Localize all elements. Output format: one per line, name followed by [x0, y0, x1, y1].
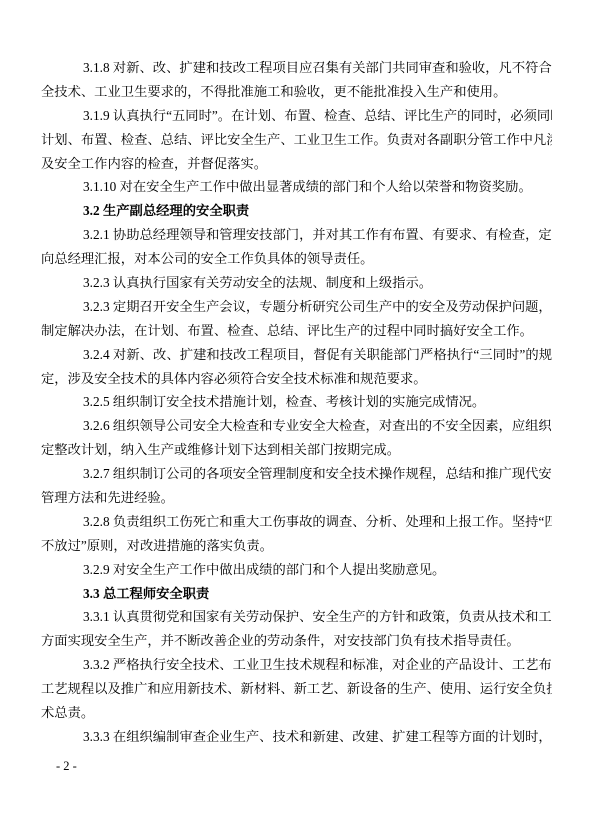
clause-3-2-7: 3.2.7 组织制订公司的各项安全管理制度和安全技术操作规程，总结和推广现代安全… [41, 462, 552, 510]
document-body: 3.1.8 对新、改、扩建和技改工程项目应召集有关部门共同审查和验收，凡不符合安… [41, 56, 552, 749]
text-line: 管理方法和先进经验。 [41, 486, 552, 510]
text-line: 不放过”原则，对改进措施的落实负责。 [41, 534, 552, 558]
clause-3-2-8: 3.2.8 负责组织工伤死亡和重大工伤事故的调查、分析、处理和上报工作。坚持“四… [41, 510, 552, 558]
text-line: 3.1.10 对在安全生产工作中做出显著成绩的部门和个人给以荣誉和物资奖励。 [41, 175, 552, 199]
page-footer: - 2 - [56, 758, 77, 774]
text-line: 3.2.8 负责组织工伤死亡和重大工伤事故的调查、分析、处理和上报工作。坚持“四 [41, 510, 552, 534]
clause-3-2-3b: 3.2.3 定期召开安全生产会议，专题分析研究公司生产中的安全及劳动保护问题，并… [41, 295, 552, 343]
clause-3-1-9: 3.1.9 认真执行“五同时”。在计划、布置、检查、总结、评比生产的同时，必须同… [41, 104, 552, 176]
clause-3-2-5: 3.2.5 组织制订安全技术措施计划，检查、考核计划的实施完成情况。 [41, 390, 552, 414]
text-line: 3.2.7 组织制订公司的各项安全管理制度和安全技术操作规程，总结和推广现代安全 [41, 462, 552, 486]
clause-3-3-3: 3.3.3 在组织编制审查企业生产、技术和新建、改建、扩建工程等方面的计划时，必 [41, 725, 552, 749]
text-line: 及安全工作内容的检查，并督促落实。 [41, 152, 552, 176]
text-line: 3.1.8 对新、改、扩建和技改工程项目应召集有关部门共同审查和验收，凡不符合安 [41, 56, 552, 80]
text-line: 3.2.3 认真执行国家有关劳动安全的法规、制度和上级指示。 [41, 271, 552, 295]
section-heading-3-2: 3.2 生产副总经理的安全职责 [41, 199, 552, 223]
clause-3-3-1: 3.3.1 认真贯彻党和国家有关劳动保护、安全生产的方针和政策，负责从技术和工艺… [41, 605, 552, 653]
clause-3-2-9: 3.2.9 对安全生产工作中做出成绩的部门和个人提出奖励意见。 [41, 558, 552, 582]
text-line: 3.2.6 组织领导公司安全大检查和专业安全大检查，对查出的不安全因素，应组织制 [41, 414, 552, 438]
heading-text: 3.2 生产副总经理的安全职责 [41, 199, 552, 223]
text-line: 3.1.9 认真执行“五同时”。在计划、布置、检查、总结、评比生产的同时，必须同… [41, 104, 552, 128]
text-line: 制定解决办法，在计划、布置、检查、总结、评比生产的过程中同时搞好安全工作。 [41, 319, 552, 343]
clause-3-3-2: 3.3.2 严格执行安全技术、工业卫生技术规程和标准，对企业的产品设计、工艺布置… [41, 653, 552, 725]
text-line: 3.2.3 定期召开安全生产会议，专题分析研究公司生产中的安全及劳动保护问题，并 [41, 295, 552, 319]
page-number: - 2 - [56, 759, 77, 773]
clause-3-2-4: 3.2.4 对新、改、扩建和技改工程项目，督促有关职能部门严格执行“三同时”的规… [41, 343, 552, 391]
text-line: 3.2.5 组织制订安全技术措施计划，检查、考核计划的实施完成情况。 [41, 390, 552, 414]
text-line: 计划、布置、检查、总结、评比安全生产、工业卫生工作。负责对各副职分管工作中凡涉 [41, 128, 552, 152]
document-page: 3.1.8 对新、改、扩建和技改工程项目应召集有关部门共同审查和验收，凡不符合安… [0, 0, 599, 827]
text-line: 定整改计划，纳入生产或维修计划下达到相关部门按期完成。 [41, 438, 552, 462]
text-line: 向总经理汇报，对本公司的安全工作负具体的领导责任。 [41, 247, 552, 271]
text-line: 3.2.4 对新、改、扩建和技改工程项目，督促有关职能部门严格执行“三同时”的规 [41, 343, 552, 367]
clause-3-1-10: 3.1.10 对在安全生产工作中做出显著成绩的部门和个人给以荣誉和物资奖励。 [41, 175, 552, 199]
text-line: 3.3.2 严格执行安全技术、工业卫生技术规程和标准，对企业的产品设计、工艺布置… [41, 653, 552, 677]
text-line: 3.2.1 协助总经理领导和管理安技部门，并对其工作有布置、有要求、有检查，定期 [41, 223, 552, 247]
text-line: 3.2.9 对安全生产工作中做出成绩的部门和个人提出奖励意见。 [41, 558, 552, 582]
text-line: 工艺规程以及推广和应用新技术、新材料、新工艺、新设备的生产、使用、运行安全负技 [41, 677, 552, 701]
section-heading-3-3: 3.3 总工程师安全职责 [41, 582, 552, 606]
text-line: 全技术、工业卫生要求的，不得批准施工和验收，更不能批准投入生产和使用。 [41, 80, 552, 104]
text-line: 术总责。 [41, 701, 552, 725]
clause-3-2-1: 3.2.1 协助总经理领导和管理安技部门，并对其工作有布置、有要求、有检查，定期… [41, 223, 552, 271]
clause-3-2-3a: 3.2.3 认真执行国家有关劳动安全的法规、制度和上级指示。 [41, 271, 552, 295]
clause-3-2-6: 3.2.6 组织领导公司安全大检查和专业安全大检查，对查出的不安全因素，应组织制… [41, 414, 552, 462]
text-line: 3.3.3 在组织编制审查企业生产、技术和新建、改建、扩建工程等方面的计划时，必 [41, 725, 552, 749]
heading-text: 3.3 总工程师安全职责 [41, 582, 552, 606]
text-line: 3.3.1 认真贯彻党和国家有关劳动保护、安全生产的方针和政策，负责从技术和工艺 [41, 605, 552, 629]
text-line: 定，涉及安全技术的具体内容必须符合安全技术标准和规范要求。 [41, 367, 552, 391]
clause-3-1-8: 3.1.8 对新、改、扩建和技改工程项目应召集有关部门共同审查和验收，凡不符合安… [41, 56, 552, 104]
text-line: 方面实现安全生产，并不断改善企业的劳动条件，对安技部门负有技术指导责任。 [41, 629, 552, 653]
